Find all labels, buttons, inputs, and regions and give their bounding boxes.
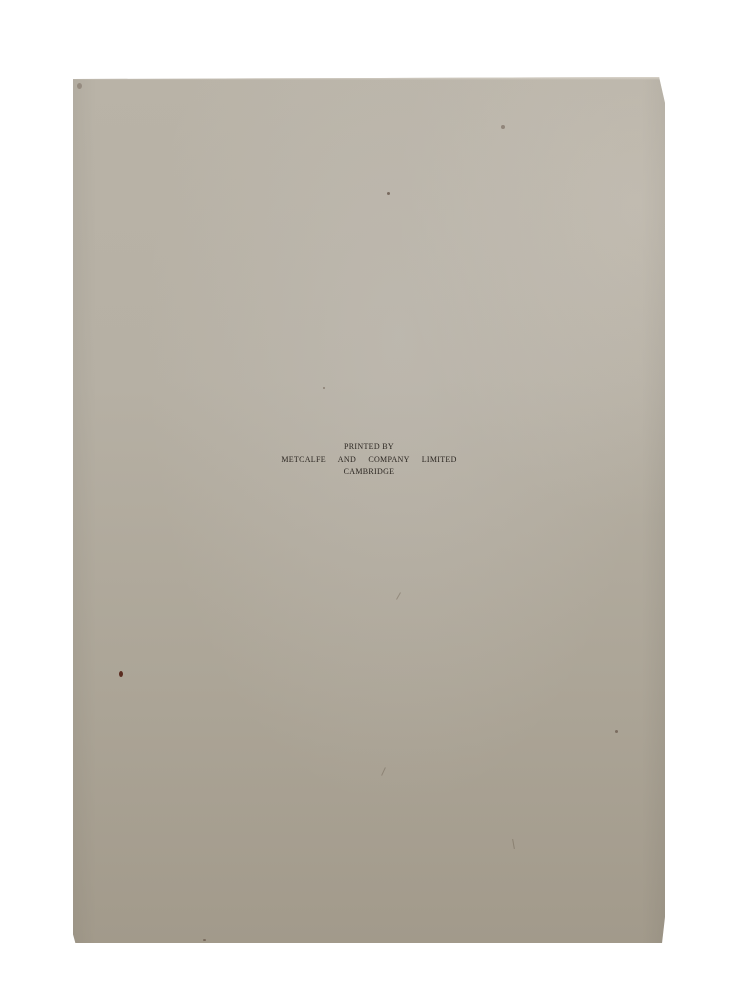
- paper-spot: [323, 387, 325, 389]
- photo-background: PRINTED BY METCALFE AND COMPANY LIMITED …: [0, 0, 750, 1000]
- paper-mark: [396, 592, 401, 599]
- printer-imprint: PRINTED BY METCALFE AND COMPANY LIMITED …: [73, 441, 665, 479]
- paper-spot: [119, 671, 123, 677]
- imprint-location: CAMBRIDGE: [73, 466, 665, 479]
- document-page: PRINTED BY METCALFE AND COMPANY LIMITED …: [73, 77, 665, 943]
- paper-spot: [77, 83, 82, 89]
- imprint-printed-by: PRINTED BY: [73, 441, 665, 454]
- paper-spot: [387, 192, 390, 195]
- paper-spot: [501, 125, 505, 129]
- imprint-printer-name: METCALFE AND COMPANY LIMITED: [73, 454, 665, 467]
- paper-spot: [203, 939, 206, 941]
- paper-spot: [615, 730, 618, 733]
- paper-mark: [512, 839, 515, 849]
- paper-mark: [381, 767, 386, 776]
